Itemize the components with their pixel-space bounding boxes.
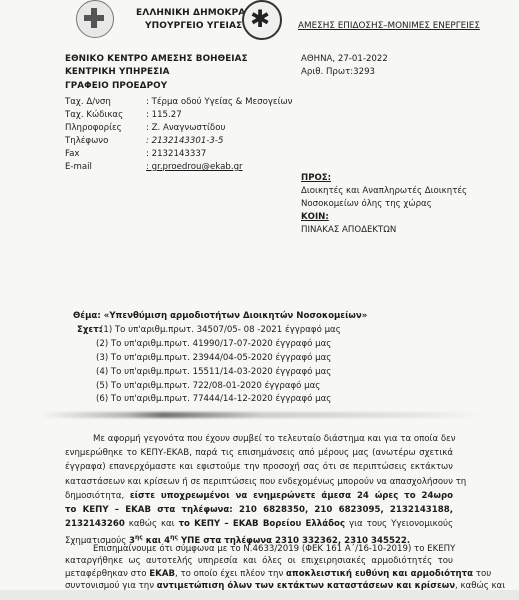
paragraph-line: 2132143260 καθώς και το ΚΕΠΥ – ΕΚΑΒ Βορε… xyxy=(65,517,453,531)
scan-artifact xyxy=(40,412,480,418)
paragraph-line: καταργήθηκε ως αυτοτελής υπηρεσία και όλ… xyxy=(65,555,453,567)
postcode-value: : 115.27 xyxy=(146,110,182,120)
info-label: Πληροφορίες xyxy=(65,123,146,133)
paragraph-line: ενημερώθηκε το ΚΕΠΥ-ΕΚΑΒ, παρά τις επιση… xyxy=(65,446,453,460)
email-row: E-mail: gr.proedrou@ekab.gr xyxy=(65,162,243,172)
ministry-title: ΥΠΟΥΡΓΕΙΟ ΥΓΕΙΑΣ xyxy=(145,21,242,31)
phone-label: Τηλέφωνο xyxy=(65,136,146,146)
paragraph-line: το ΚΕΠΥ – ΕΚΑΒ στα τηλέφωνα: 210 6828350… xyxy=(65,503,453,517)
paragraph-1: Με αφορμή γεγονότα που έχουν συμβεί το τ… xyxy=(65,432,453,548)
sender-org: ΕΘΝΙΚΟ ΚΕΝΤΡΟ ΑΜΕΣΗΣ ΒΟΗΘΕΙΑΣ xyxy=(65,54,248,64)
reference-item: (1) Το υπ'αριθμ.πρωτ. 34507/05- 08 -2021… xyxy=(100,325,341,335)
reference-item: (5) Το υπ'αριθμ.πρωτ. 722/08-01-2020 έγγ… xyxy=(96,381,320,391)
paragraph-line: δημοσιότητα, είστε υποχρεωμένοι να ενημε… xyxy=(65,489,453,503)
reference-item: (4) Το υπ'αριθμ.πρωτ. 15511/14-03-2020 έ… xyxy=(96,367,331,377)
fax-label: Fax xyxy=(65,149,146,159)
subject-label: Θέμα: xyxy=(73,311,101,321)
protocol-number: Αριθ. Πρωτ:3293 xyxy=(301,67,375,77)
address-value: : Τέρμα οδού Υγείας & Μεσογείων xyxy=(146,97,292,107)
paragraph-line: μεταφέρθηκαν στο ΕΚΑΒ, το οποίο έχει πλέ… xyxy=(65,568,453,580)
reference-item: (6) Το υπ'αριθμ.πρωτ. 77444/14-12-2020 έ… xyxy=(96,394,331,404)
phone-value: : 2132143301-3-5 xyxy=(146,136,223,146)
address-label: Ταχ. Δ/νση xyxy=(65,97,146,107)
email-label: E-mail xyxy=(65,162,146,172)
subject-line: Θέμα: «Υπενθύμιση αρμοδιοτήτων Διοικητών… xyxy=(73,311,367,321)
cc-line-1: ΠΙΝΑΚΑΣ ΑΠΟΔΕΚΤΩΝ xyxy=(301,225,396,235)
sender-office: ΓΡΑΦΕΙΟ ΠΡΟΕΔΡΟΥ xyxy=(65,81,167,91)
greek-coat-of-arms-icon xyxy=(76,0,114,38)
paragraph-line: Επισημαίνουμε ότι σύμφωνα με το Ν.4633/2… xyxy=(65,543,453,555)
paragraph-line: έγγραφα) επανερχόμαστε και εφιστούμε την… xyxy=(65,460,453,474)
document-page: ΕΛΛΗΝΙΚΗ ΔΗΜΟΚΡΑΤΙΑ ΥΠΟΥΡΓΕΙΟ ΥΓΕΙΑΣ ✱ Α… xyxy=(0,0,519,600)
email-link[interactable]: : gr.proedrou@ekab.gr xyxy=(146,162,243,172)
postcode-label: Ταχ. Κώδικας xyxy=(65,110,146,120)
to-line-1: Διοικητές και Αναπληρωτές Διοικητές xyxy=(301,186,467,196)
sender-unit: ΚΕΝΤΡΙΚΗ ΥΠΗΡΕΣΙΑ xyxy=(65,67,170,77)
star-of-life-icon: ✱ xyxy=(242,0,282,40)
fax-row: Fax: 2132143337 xyxy=(65,149,206,159)
paragraph-line: Με αφορμή γεγονότα που έχουν συμβεί το τ… xyxy=(65,432,453,446)
priority-label: ΑΜΕΣΗΣ ΕΠΙΔΟΣΗΣ–ΜΟΝΙΜΕΣ ΕΝΕΡΓΕΙΕΣ xyxy=(298,21,480,31)
postcode-row: Ταχ. Κώδικας: 115.27 xyxy=(65,110,182,120)
place-date: ΑΘΗΝΑ, 27-01-2022 xyxy=(301,54,388,64)
reference-item: (2) Το υπ'αριθμ.πρωτ. 41990/17-07-2020 έ… xyxy=(96,339,331,349)
address-row: Ταχ. Δ/νση: Τέρμα οδού Υγείας & Μεσογείω… xyxy=(65,97,292,107)
to-line-2: Νοσοκομείων όλης της χώρας xyxy=(301,199,432,209)
to-label: ΠΡΟΣ: xyxy=(301,173,331,183)
info-value: : Ζ. Αναγνωστίδου xyxy=(146,123,225,133)
phone-row: Τηλέφωνο: 2132143301-3-5 xyxy=(65,136,223,146)
cc-label: ΚΟΙΝ: xyxy=(301,212,329,222)
fax-value: : 2132143337 xyxy=(146,149,206,159)
paragraph-line: καταστάσεων και κρίσεων ή σε περιπτώσεις… xyxy=(65,475,453,489)
page-bottom-edge xyxy=(0,590,519,600)
references-label: Σχετ: xyxy=(77,325,102,335)
subject-text: «Υπενθύμιση αρμοδιοτήτων Διοικητών Νοσοκ… xyxy=(104,311,368,321)
info-row: Πληροφορίες: Ζ. Αναγνωστίδου xyxy=(65,123,225,133)
reference-item: (3) Το υπ'αριθμ.πρωτ. 23944/04-05-2020 έ… xyxy=(96,353,331,363)
